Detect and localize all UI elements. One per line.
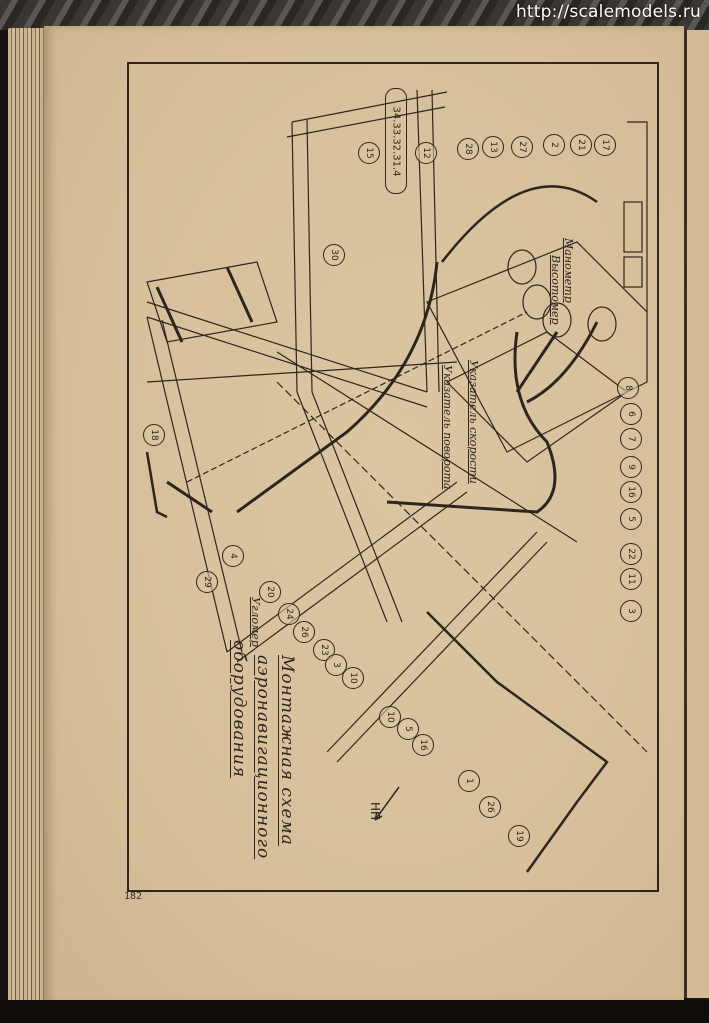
callout-3: 3 (620, 600, 642, 622)
callout-5: 5 (620, 508, 642, 530)
callout-1: 1 (458, 770, 480, 792)
diagram-title-line-2: аэронавигационного (253, 655, 273, 859)
callout-9: 9 (620, 456, 642, 478)
callout-16b: 16 (412, 734, 434, 756)
callout-13: 13 (482, 136, 504, 158)
callout-26b: 26 (479, 796, 501, 818)
callout-8: 8 (617, 377, 639, 399)
callout-17: 17 (594, 134, 616, 156)
callout-11: 11 (620, 568, 642, 590)
diagram-title-line-1: Монтажная схема (277, 655, 297, 846)
callout-15: 15 (358, 142, 380, 164)
callout-16: 16 (620, 481, 642, 503)
direction-label: НП (368, 802, 382, 820)
callout-19: 19 (508, 825, 530, 847)
diagram-title-line-3: оборудования (229, 640, 249, 778)
callout-21: 21 (570, 134, 592, 156)
part-numbers-badge: 34.33.32.31.4 (385, 88, 407, 194)
callout-18: 18 (143, 424, 165, 446)
callout-4: 4 (222, 545, 244, 567)
callout-24: 24 (278, 603, 300, 625)
callout-2: 2 (543, 134, 565, 156)
callout-20: 20 (259, 581, 281, 603)
label-speed-indicator: Указатель скорости (467, 360, 480, 484)
page-number: 182 (124, 891, 142, 902)
callout-29: 29 (196, 571, 218, 593)
label-turn-indicator: Указатель поворота (441, 365, 454, 489)
book-page-stack (8, 28, 48, 1003)
callout-26a: 26 (293, 621, 315, 643)
label-manometer: Манометр (562, 238, 575, 303)
part-numbers-text: 34.33.32.31.4 (391, 106, 402, 176)
watermark-url[interactable]: http://scalemodels.ru (516, 2, 701, 22)
callout-7: 7 (620, 428, 642, 450)
callout-28: 28 (457, 138, 479, 160)
facing-page-edge (684, 30, 709, 998)
callout-10a: 10 (342, 667, 364, 689)
callout-6: 6 (620, 403, 642, 425)
label-altimeter: Высотомер (549, 255, 562, 325)
callout-22: 22 (620, 543, 642, 565)
callout-12: 12 (415, 142, 437, 164)
label-section: Угломер (249, 597, 262, 647)
callout-30: 30 (323, 244, 345, 266)
scan-bottom-edge (0, 1000, 709, 1023)
callout-27: 27 (511, 136, 533, 158)
